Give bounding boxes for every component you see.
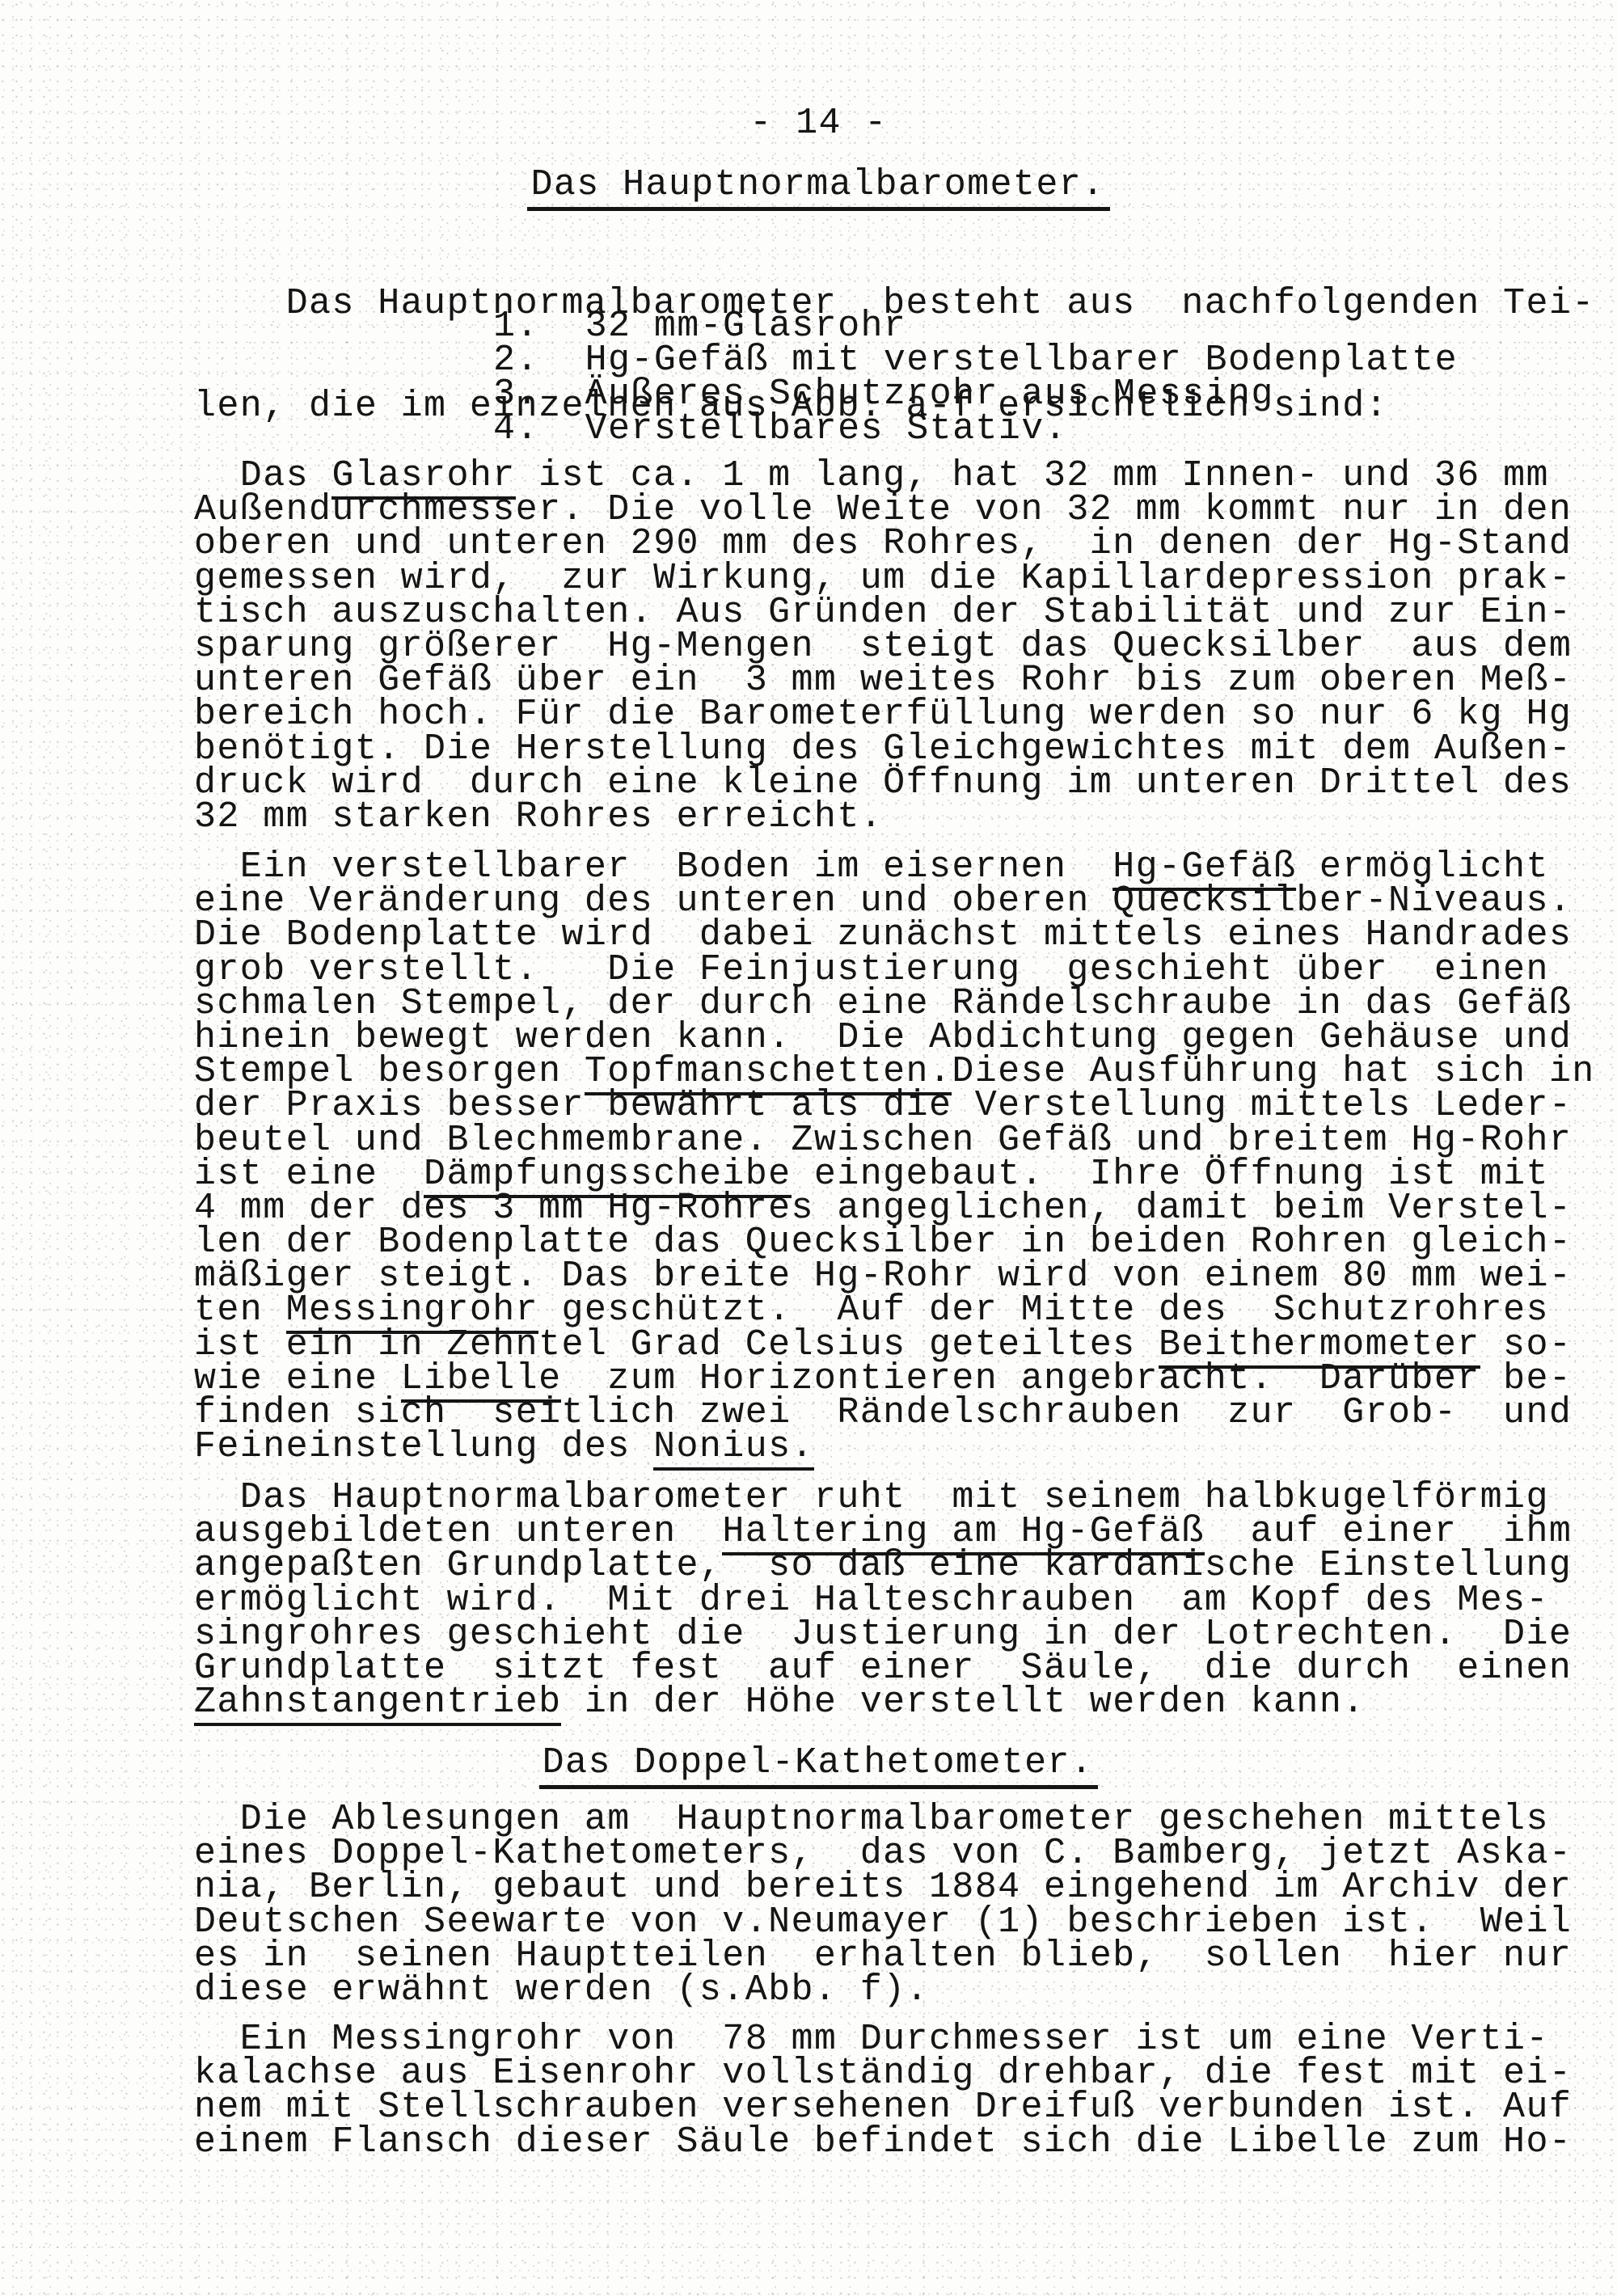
text-line: diese erwähnt werden (s.Abb. f). <box>194 1973 1443 2007</box>
paragraph-messingrohr: Ein Messingrohr von 78 mm Durchmesser is… <box>194 2023 1443 2159</box>
text-line: angepaßten Grundplatte, so daß eine kard… <box>194 1549 1443 1583</box>
text-line: singrohres geschieht die Justierung in d… <box>194 1618 1443 1652</box>
text-line: kalachse aus Eisenrohr vollständig drehb… <box>194 2057 1443 2091</box>
section-heading-hauptnormalbarometer: Das Hauptnormalbarometer. <box>194 168 1443 202</box>
text-line: schmalen Stempel, der durch eine Rändels… <box>194 987 1443 1021</box>
text-line: eine Veränderung des unteren und oberen … <box>194 884 1443 918</box>
text-line: Die Ablesungen am Hauptnormalbarometer g… <box>194 1803 1443 1837</box>
text-line: der Praxis besser bewährt als die Verste… <box>194 1089 1443 1123</box>
text-line: ausgebildeten unteren Haltering am Hg-Ge… <box>194 1515 1443 1549</box>
text-line: 4 mm der des 3 mm Hg-Rohres angeglichen,… <box>194 1192 1443 1226</box>
underlined-term: Nonius. <box>653 1426 814 1471</box>
text-line: tisch auszuschalten. Aus Gründen der Sta… <box>194 596 1443 630</box>
section-heading-text: Das Hauptnormalbarometer. <box>527 164 1109 211</box>
text-line: Ein Messingrohr von 78 mm Durchmesser is… <box>194 2023 1443 2057</box>
text-line: len der Bodenplatte das Quecksilber in b… <box>194 1226 1443 1260</box>
text-line: Das Glasrohr ist ca. 1 m lang, hat 32 mm… <box>194 459 1443 493</box>
list-item: 3. Äußeres Schutzrohr aus Messing <box>493 378 1458 412</box>
underlined-term: Zahnstangentrieb <box>194 1682 561 1726</box>
section-heading-doppel-kathetometer: Das Doppel-Kathetometer. <box>194 1746 1443 1780</box>
text-line: Deutschen Seewarte von v.Neumayer (1) be… <box>194 1906 1443 1939</box>
text-line: eines Doppel-Kathetometers, das von C. B… <box>194 1837 1443 1871</box>
text-line: Feineinstellung des Nonius. <box>194 1430 1443 1464</box>
text-line: finden sich seitlich zwei Rändelschraube… <box>194 1396 1443 1430</box>
text-run: 32 mm starken Rohres erreicht. <box>194 796 883 838</box>
parts-list: 1. 32 mm-Glasrohr 2. Hg-Gefäß mit verste… <box>493 310 1458 446</box>
text-line: benötigt. Die Herstellung des Gleichgewi… <box>194 732 1443 766</box>
text-line: Außendurchmesser. Die volle Weite von 32… <box>194 493 1443 527</box>
text-run: einem Flansch dieser Säule befindet sich… <box>194 2121 1572 2163</box>
text-line: Ein verstellbarer Boden im eisernen Hg-G… <box>194 850 1443 884</box>
paragraph-glasrohr: Das Glasrohr ist ca. 1 m lang, hat 32 mm… <box>194 459 1443 834</box>
text-line: ist eine Dämpfungsscheibe eingebaut. Ihr… <box>194 1158 1443 1192</box>
text-line: Das Hauptnormalbarometer ruht mit seinem… <box>194 1481 1443 1515</box>
text-line: Zahnstangentrieb in der Höhe verstellt w… <box>194 1686 1443 1720</box>
text-line: Grundplatte sitzt fest auf einer Säule, … <box>194 1652 1443 1686</box>
text-line: Stempel besorgen Topfmanschetten.Diese A… <box>194 1055 1443 1089</box>
text-line: ermöglicht wird. Mit drei Halteschrauben… <box>194 1584 1443 1618</box>
text-line: ten Messingrohr geschützt. Auf der Mitte… <box>194 1294 1443 1327</box>
text-line: grob verstellt. Die Feinjustierung gesch… <box>194 953 1443 987</box>
text-line: nem mit Stellschrauben versehenen Dreifu… <box>194 2091 1443 2125</box>
text-line: gemessen wird, zur Wirkung, um die Kapil… <box>194 562 1443 596</box>
text-line: 32 mm starken Rohres erreicht. <box>194 800 1443 834</box>
text-line: sparung größerer Hg-Mengen steigt das Qu… <box>194 630 1443 664</box>
text-line: Die Bodenplatte wird dabei zunächst mitt… <box>194 918 1443 952</box>
text-line: nia, Berlin, gebaut und bereits 1884 ein… <box>194 1871 1443 1905</box>
text-line: mäßiger steigt. Das breite Hg-Rohr wird … <box>194 1260 1443 1294</box>
page-number: - 14 - <box>194 107 1443 141</box>
list-item: 2. Hg-Gefäß mit verstellbarer Bodenplatt… <box>493 344 1458 378</box>
text-line: druck wird durch eine kleine Öffnung im … <box>194 766 1443 800</box>
text-run: Feineinstellung des <box>194 1426 653 1467</box>
text-line: beutel und Blechmembrane. Zwischen Gefäß… <box>194 1124 1443 1158</box>
text-line: ist ein in Zehntel Grad Celsius geteilte… <box>194 1328 1443 1362</box>
text-line: einem Flansch dieser Säule befindet sich… <box>194 2125 1443 2159</box>
list-item: 1. 32 mm-Glasrohr <box>493 310 1458 344</box>
paragraph-ablesungen: Die Ablesungen am Hauptnormalbarometer g… <box>194 1803 1443 2007</box>
paragraph-hg-gefaess: Ein verstellbarer Boden im eisernen Hg-G… <box>194 850 1443 1464</box>
text-run: diese erwähnt werden (s.Abb. f). <box>194 1969 929 2011</box>
text-line: hinein bewegt werden kann. Die Abdichtun… <box>194 1021 1443 1055</box>
list-item: 4. Verstellbares Stativ. <box>493 412 1458 446</box>
text-line: unteren Gefäß über ein 3 mm weites Rohr … <box>194 664 1443 698</box>
text-line: wie eine Libelle zum Horizontieren angeb… <box>194 1362 1443 1396</box>
section-heading-text: Das Doppel-Kathetometer. <box>539 1742 1099 1789</box>
text-line: oberen und unteren 290 mm des Rohres, in… <box>194 527 1443 561</box>
text-run: in der Höhe verstellt werden kann. <box>561 1682 1365 1723</box>
text-line: bereich hoch. Für die Barometerfüllung w… <box>194 698 1443 732</box>
paragraph-lagerung: Das Hauptnormalbarometer ruht mit seinem… <box>194 1481 1443 1720</box>
text-line: es in seinen Hauptteilen erhalten blieb,… <box>194 1939 1443 1973</box>
